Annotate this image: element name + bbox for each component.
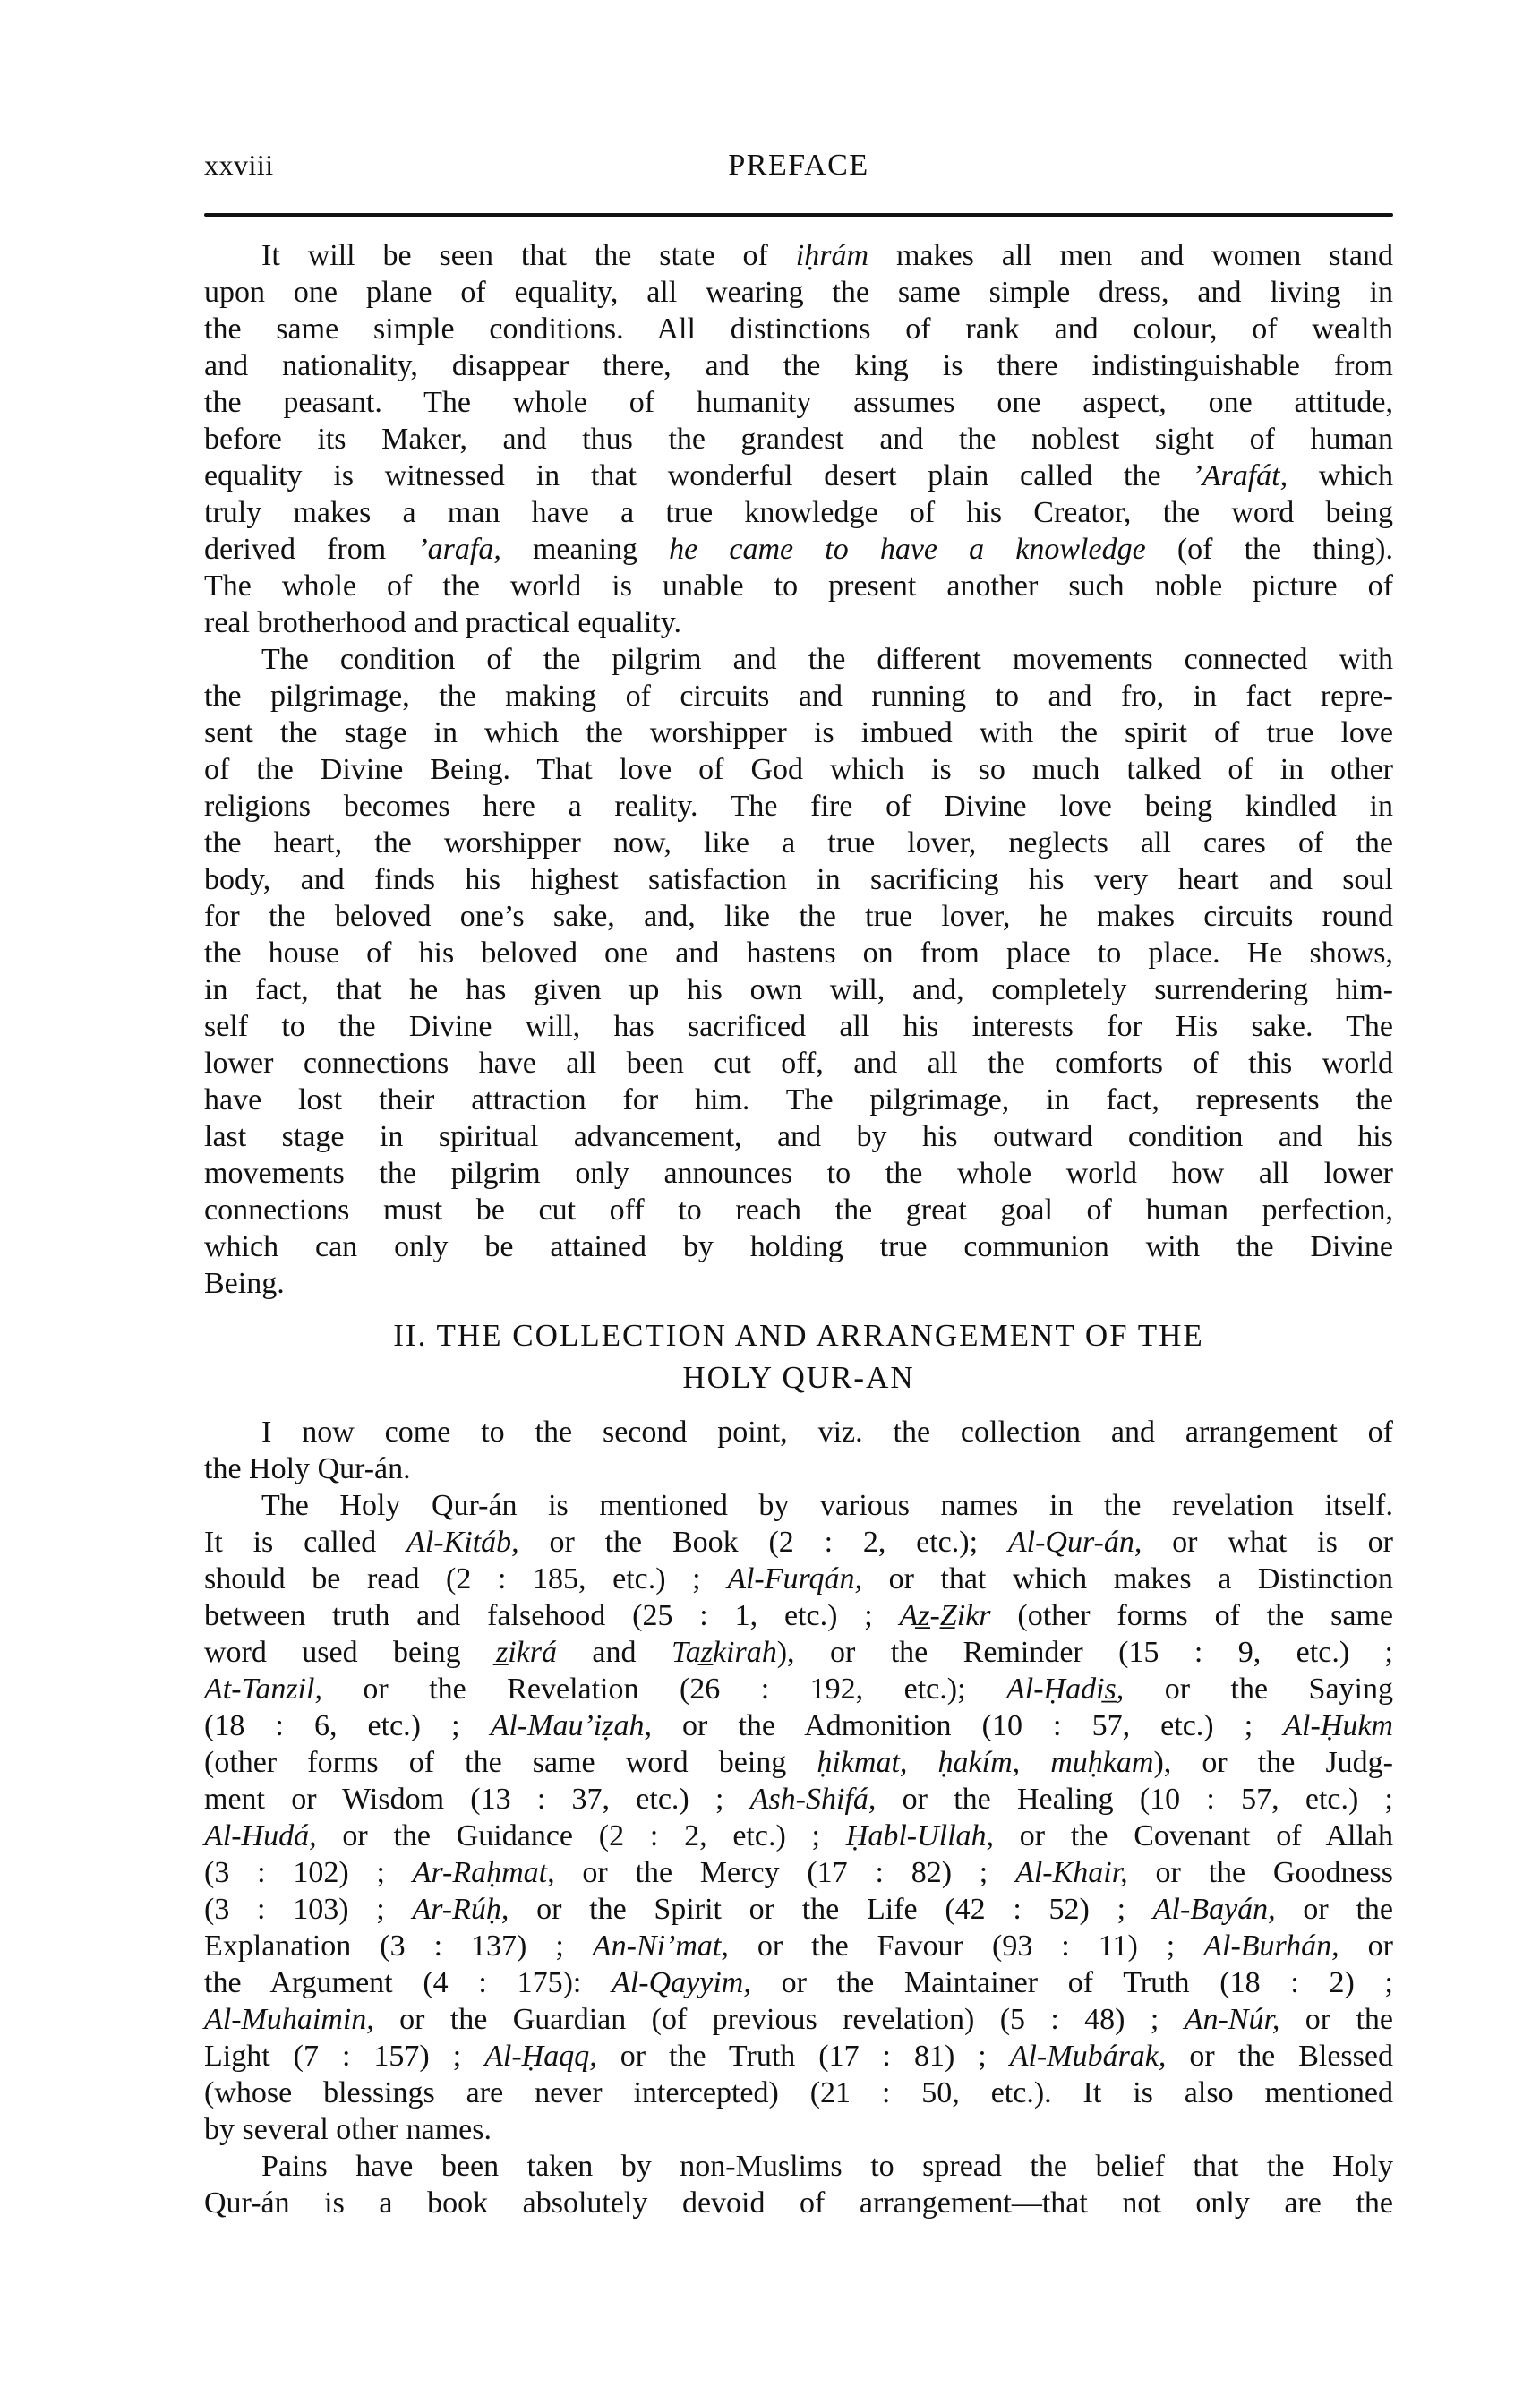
text-line: the pilgrimage, the making of circuits a… (204, 678, 1393, 714)
text-line: equality is witnessed in that wonderful … (204, 458, 1393, 494)
text-run: or the Healing (10 : 57, etc.) ; (876, 1783, 1393, 1816)
text-run: the Argument (4 : 175): (204, 1966, 612, 1999)
text-run: or the Covenant of Allah (994, 1819, 1393, 1852)
text-run: (18 : 6, etc.) ; (204, 1709, 491, 1742)
text-line: the same simple conditions. All distinct… (204, 311, 1393, 347)
paragraph: I now come to the second point, viz. the… (204, 1414, 1393, 1487)
text-run: Light (7 : 157) ; (204, 2040, 484, 2073)
italic-term: Al-Muhaimin, (204, 2003, 374, 2036)
text-run: which (1288, 459, 1393, 492)
italic-term: Al-Qayyim, (612, 1966, 751, 1999)
text-run: or the Truth (17 : 81) ; (597, 2040, 1010, 2073)
text-run: or what is or (1142, 1526, 1393, 1559)
text-run: or the Spirit or the Life (42 : 52) ; (509, 1893, 1152, 1926)
text-line: It is called Al-Kitáb, or the Book (2 : … (204, 1524, 1393, 1561)
italic-term: Al-Qur-án, (1008, 1526, 1142, 1559)
text-run: the heart, the worshipper now, like a tr… (204, 826, 1393, 860)
text-run: I now come to the second point, viz. the… (261, 1416, 1393, 1449)
text-line: Al-Hudá, or the Guidance (2 : 2, etc.) ;… (204, 1818, 1393, 1854)
text-line: body, and finds his highest satisfaction… (204, 861, 1393, 898)
text-run: or the Guardian (of previous revelation)… (374, 2003, 1185, 2036)
text-line: (other forms of the same word being ḥikm… (204, 1744, 1393, 1781)
text-line: lower connections have all been cut off,… (204, 1045, 1393, 1082)
text-run: or the Mercy (17 : 82) ; (555, 1856, 1015, 1889)
text-run: The Holy Qur-án is mentioned by various … (261, 1489, 1393, 1522)
text-line: (3 : 102) ; Ar-Raḥmat, or the Mercy (17 … (204, 1854, 1393, 1891)
text-run: the pilgrimage, the making of circuits a… (204, 680, 1393, 713)
text-run: or the Goodness (1128, 1856, 1393, 1889)
text-run: ment or Wisdom (13 : 37, etc.) ; (204, 1783, 750, 1816)
italic-term: he came to have a knowledge (669, 533, 1146, 566)
italic-term: Al-Burhán, (1203, 1929, 1339, 1963)
text-run: the Holy Qur-án. (204, 1452, 411, 1485)
text-run: and (557, 1636, 672, 1669)
italic-term: ’arafa, (417, 533, 501, 566)
running-head: xxviii PREFACE (204, 149, 1393, 184)
text-run: or the Admonition (10 : 57, etc.) ; (652, 1709, 1283, 1742)
text-line: upon one plane of equality, all wearing … (204, 274, 1393, 311)
text-run: (other forms of the same (991, 1599, 1393, 1632)
italic-term: Ar-Rúḥ, (412, 1893, 509, 1926)
text-line: and nationality, disappear there, and th… (204, 347, 1393, 384)
text-run: derived from (204, 533, 417, 566)
text-run: or the Guidance (2 : 2, etc.) ; (317, 1819, 846, 1852)
italic-term: iḥrám (796, 239, 868, 272)
text-run: Qur-án is a book absolutely devoid of ar… (204, 2186, 1393, 2220)
text-run: (3 : 103) ; (204, 1893, 412, 1926)
text-run: self to the Divine will, has sacrificed … (204, 1010, 1393, 1043)
section-heading: II. THE COLLECTION AND ARRANGEMENT OF TH… (204, 1314, 1393, 1399)
text-run: body, and finds his highest satisfaction… (204, 863, 1393, 896)
italic-term: Taz̲kirah (672, 1636, 777, 1669)
text-line: the peasant. The whole of humanity assum… (204, 384, 1393, 421)
text-run: for the beloved one’s sake, and, like th… (204, 900, 1393, 933)
text-line: Al-Muhaimin, or the Guardian (of previou… (204, 2001, 1393, 2038)
text-run: Explanation (3 : 137) ; (204, 1929, 593, 1963)
text-run: or the Saying (1124, 1673, 1393, 1706)
italic-term: Al-Kitáb, (406, 1526, 519, 1559)
italic-term: Al-Ḥadis̲, (1006, 1673, 1124, 1706)
text-run: or the Book (2 : 2, etc.); (519, 1526, 1008, 1559)
text-line: in fact, that he has given up his own wi… (204, 971, 1393, 1008)
text-line: the Holy Qur-án. (204, 1450, 1393, 1487)
text-line: by several other names. (204, 2111, 1393, 2148)
text-run: last stage in spiritual advancement, and… (204, 1120, 1393, 1153)
text-run: in fact, that he has given up his own wi… (204, 973, 1393, 1006)
text-line: the Argument (4 : 175): Al-Qayyim, or th… (204, 1964, 1393, 2001)
header-rule (204, 213, 1393, 217)
text-run: sent the stage in which the worshipper i… (204, 716, 1393, 749)
text-line: between truth and falsehood (25 : 1, etc… (204, 1597, 1393, 1634)
text-run: before its Maker, and thus the grandest … (204, 423, 1393, 456)
text-run: between truth and falsehood (25 : 1, etc… (204, 1599, 900, 1632)
text-run: word used being (204, 1636, 496, 1669)
text-line: word used being z̲ikrá and Taz̲kirah), o… (204, 1634, 1393, 1671)
running-head-title: PREFACE (204, 149, 1393, 183)
text-run: truly makes a man have a true knowledge … (204, 496, 1393, 529)
text-line: derived from ’arafa, meaning he came to … (204, 531, 1393, 568)
text-run: It will be seen that the state of (261, 239, 796, 272)
italic-term: Al-Ḥukm (1283, 1709, 1393, 1742)
section-heading-line-2: HOLY QUR-AN (204, 1356, 1393, 1399)
text-run: lower connections have all been cut off,… (204, 1047, 1393, 1080)
text-line: Being. (204, 1265, 1393, 1302)
text-line: The Holy Qur-án is mentioned by various … (204, 1487, 1393, 1524)
text-run: and nationality, disappear there, and th… (204, 349, 1393, 382)
italic-term: At-Tanzil, (204, 1673, 322, 1706)
text-line: Light (7 : 157) ; Al-Ḥaqq, or the Truth … (204, 2038, 1393, 2075)
paragraph: Pains have been taken by non-Muslims to … (204, 2148, 1393, 2221)
text-line: (3 : 103) ; Ar-Rúḥ, or the Spirit or the… (204, 1891, 1393, 1928)
text-run: ), or the Judg- (1153, 1746, 1393, 1779)
text-run: or the (1276, 1893, 1393, 1926)
text-run: or the Revelation (26 : 192, etc.); (322, 1673, 1006, 1706)
text-run: connections must be cut off to reach the… (204, 1193, 1393, 1227)
text-line: religions becomes here a reality. The fi… (204, 788, 1393, 825)
text-line: which can only be attained by holding tr… (204, 1228, 1393, 1265)
text-run: religions becomes here a reality. The fi… (204, 790, 1393, 823)
italic-term: Az̲-Z̲ikr (900, 1599, 991, 1632)
text-line: (whose blessings are never intercepted) … (204, 2075, 1393, 2111)
text-line: It will be seen that the state of iḥrám … (204, 237, 1393, 274)
text-run: equality is witnessed in that wonderful … (204, 459, 1192, 492)
italic-term: An-Ni’mat, (593, 1929, 729, 1963)
text-line: Qur-án is a book absolutely devoid of ar… (204, 2185, 1393, 2221)
italic-term: Al-Bayán, (1153, 1893, 1276, 1926)
text-line: The condition of the pilgrim and the dif… (204, 641, 1393, 678)
text-run: the same simple conditions. All distinct… (204, 312, 1393, 346)
text-line: The whole of the world is unable to pres… (204, 568, 1393, 604)
text-run: It is called (204, 1526, 406, 1559)
text-line: movements the pilgrim only announces to … (204, 1155, 1393, 1192)
text-line: self to the Divine will, has sacrificed … (204, 1008, 1393, 1045)
text-run: Pains have been taken by non-Muslims to … (261, 2150, 1393, 2183)
paragraph: It will be seen that the state of iḥrám … (204, 237, 1393, 641)
text-line: the heart, the worshipper now, like a tr… (204, 825, 1393, 861)
italic-term: z̲ikrá (496, 1636, 557, 1669)
text-run: ), or the Reminder (15 : 9, etc.) ; (777, 1636, 1393, 1669)
text-run: real brotherhood and practical equality. (204, 606, 681, 639)
italic-term: Al-Hudá, (204, 1819, 317, 1852)
text-run: have lost their attraction for him. The … (204, 1083, 1393, 1116)
italic-term: Al-Khair, (1015, 1856, 1128, 1889)
text-line: for the beloved one’s sake, and, like th… (204, 898, 1393, 935)
text-run: the house of his beloved one and hastens… (204, 937, 1393, 970)
text-run: movements the pilgrim only announces to … (204, 1157, 1393, 1190)
text-line: have lost their attraction for him. The … (204, 1082, 1393, 1118)
text-run: (other forms of the same word being (204, 1746, 817, 1779)
text-line: before its Maker, and thus the grandest … (204, 421, 1393, 458)
text-run: (3 : 102) ; (204, 1856, 413, 1889)
text-run: or (1339, 1929, 1393, 1963)
text-line: connections must be cut off to reach the… (204, 1192, 1393, 1228)
text-line: truly makes a man have a true knowledge … (204, 494, 1393, 531)
text-run: or the Maintainer of Truth (18 : 2) ; (751, 1966, 1393, 1999)
italic-term: ḥikmat, ḥakím, muḥkam (817, 1746, 1153, 1779)
text-line: sent the stage in which the worshipper i… (204, 714, 1393, 751)
text-run: by several other names. (204, 2113, 492, 2146)
italic-term: Al-Mau’iẓah, (491, 1709, 652, 1742)
italic-term: Al-Mubárak, (1010, 2040, 1167, 2073)
section-heading-line-1: II. THE COLLECTION AND ARRANGEMENT OF TH… (204, 1314, 1393, 1356)
text-line: ment or Wisdom (13 : 37, etc.) ; Ash-Shi… (204, 1781, 1393, 1818)
text-line: last stage in spiritual advancement, and… (204, 1118, 1393, 1155)
italic-term: An-Núr, (1185, 2003, 1280, 2036)
italic-term: Ar-Raḥmat, (413, 1856, 555, 1889)
text-run: of the Divine Being. That love of God wh… (204, 753, 1393, 786)
text-line: Explanation (3 : 137) ; An-Ni’mat, or th… (204, 1928, 1393, 1964)
text-line: real brotherhood and practical equality. (204, 604, 1393, 641)
text-line: At-Tanzil, or the Revelation (26 : 192, … (204, 1671, 1393, 1707)
section-2-body: I now come to the second point, viz. the… (204, 1414, 1393, 2221)
paragraph: The Holy Qur-án is mentioned by various … (204, 1487, 1393, 2148)
text-run: or the (1279, 2003, 1393, 2036)
text-run: should be read (2 : 185, etc.) ; (204, 1562, 727, 1596)
section-1-body: It will be seen that the state of iḥrám … (204, 237, 1393, 1302)
italic-term: Al-Furqán, (727, 1562, 862, 1596)
text-run: Being. (204, 1267, 285, 1300)
text-run: the peasant. The whole of humanity assum… (204, 386, 1393, 419)
text-run: makes all men and women stand (868, 239, 1393, 272)
italic-term: Ash-Shifá, (750, 1783, 877, 1816)
text-line: the house of his beloved one and hastens… (204, 935, 1393, 971)
text-run: or the Favour (93 : 11) ; (729, 1929, 1203, 1963)
italic-term: ’Arafát, (1192, 459, 1288, 492)
text-run: (whose blessings are never intercepted) … (204, 2076, 1393, 2109)
text-line: (18 : 6, etc.) ; Al-Mau’iẓah, or the Adm… (204, 1707, 1393, 1744)
text-line: of the Divine Being. That love of God wh… (204, 751, 1393, 788)
text-run: The whole of the world is unable to pres… (204, 569, 1393, 603)
text-run: or the Blessed (1166, 2040, 1393, 2073)
text-line: should be read (2 : 185, etc.) ; Al-Furq… (204, 1561, 1393, 1597)
text-run: which can only be attained by holding tr… (204, 1230, 1393, 1263)
paragraph: The condition of the pilgrim and the dif… (204, 641, 1393, 1302)
text-line: Pains have been taken by non-Muslims to … (204, 2148, 1393, 2185)
text-run: meaning (501, 533, 669, 566)
text-line: I now come to the second point, viz. the… (204, 1414, 1393, 1450)
italic-term: Ḥabl-Ullah, (846, 1819, 994, 1852)
text-run: upon one plane of equality, all wearing … (204, 276, 1393, 309)
text-run: or that which makes a Distinction (862, 1562, 1393, 1596)
italic-term: Al-Ḥaqq, (484, 2040, 597, 2073)
text-run: (of the thing). (1146, 533, 1393, 566)
text-run: The condition of the pilgrim and the dif… (261, 643, 1393, 676)
